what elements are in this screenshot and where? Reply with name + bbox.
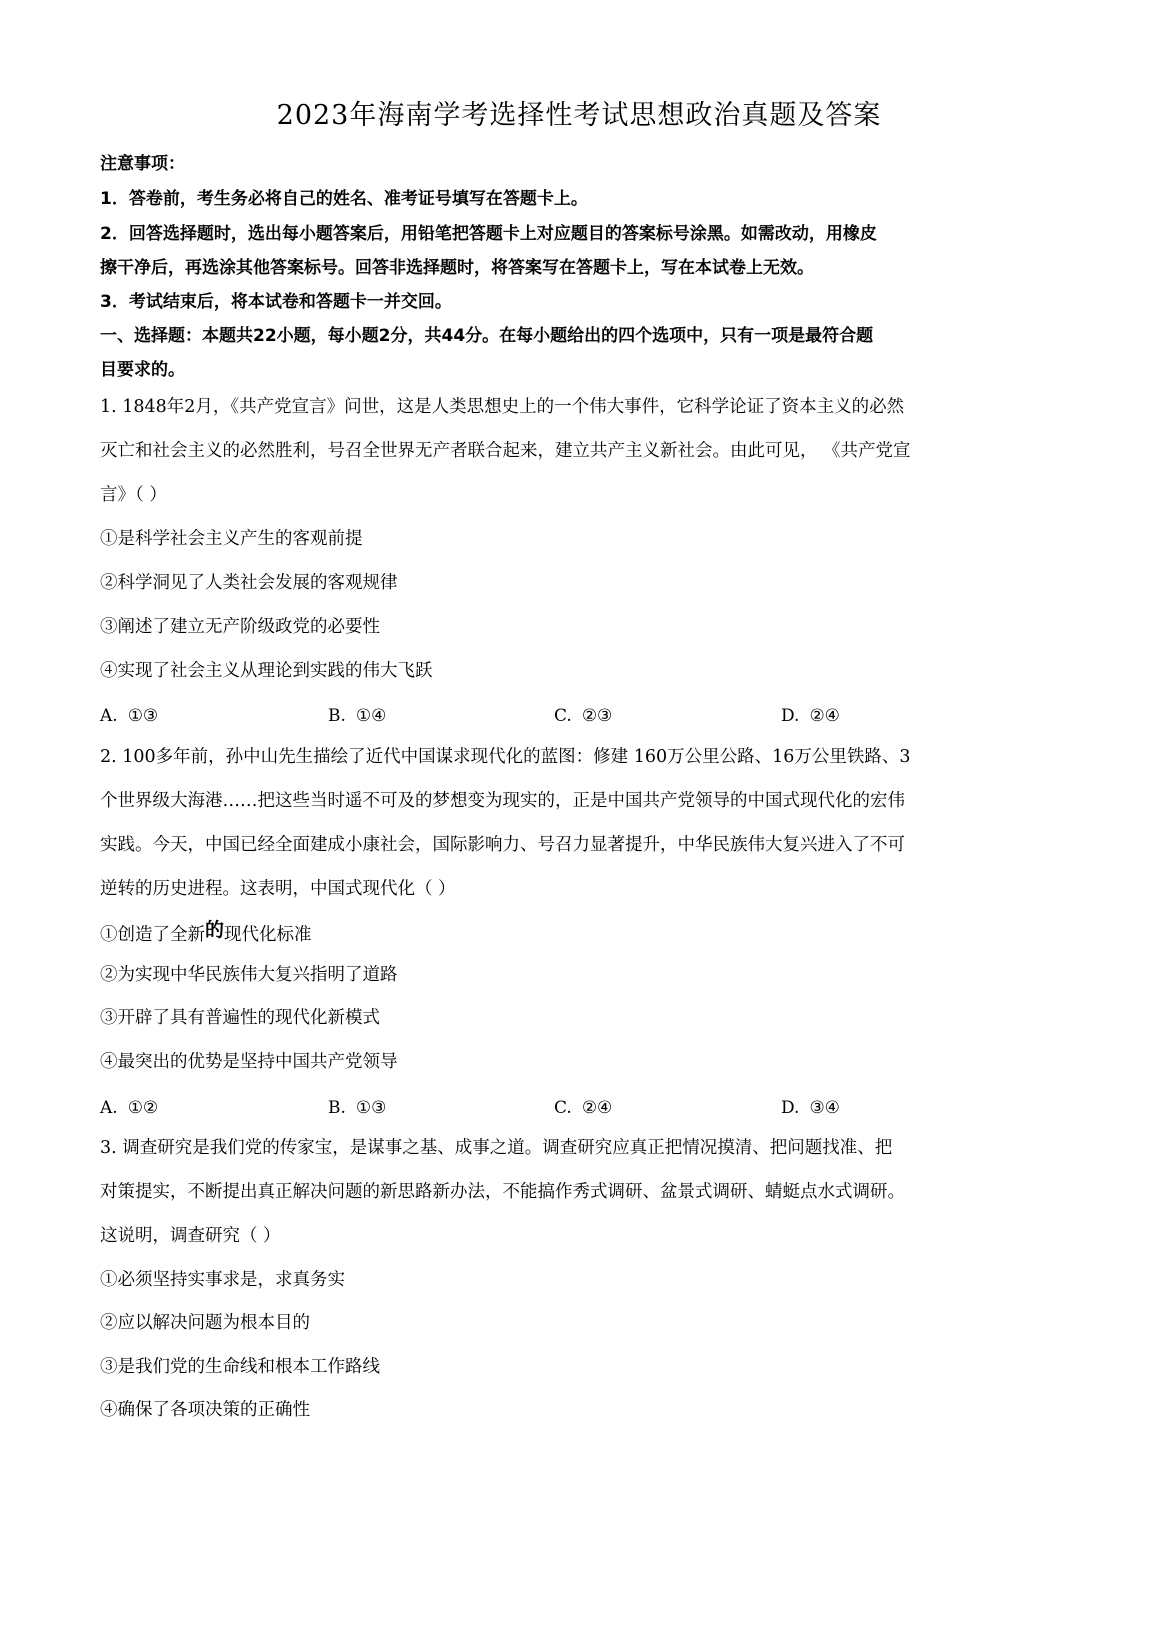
option-value: ①② xyxy=(128,1098,158,1118)
q1-statement-2: ②科学洞见了人类社会发展的客观规律 xyxy=(100,571,398,595)
q2-option-b[interactable]: B.①③ xyxy=(328,1096,386,1120)
q2-stem-line-3: 实践。今天，中国已经全面建成小康社会，国际影响力、号召力显著提升，中华民族伟大复… xyxy=(100,833,905,857)
q1-option-d[interactable]: D.②④ xyxy=(781,704,840,728)
option-letter: B. xyxy=(328,1098,346,1118)
notice-item-2-cont: 擦干净后，再选涂其他答案标号。回答非选择题时，将答案写在答题卡上，写在本试卷上无… xyxy=(100,256,814,280)
q2-statement-3: ③开辟了具有普遍性的现代化新模式 xyxy=(100,1006,380,1030)
option-letter: A. xyxy=(100,1098,118,1118)
q1-statement-1: ①是科学社会主义产生的客观前提 xyxy=(100,527,363,551)
option-letter: D. xyxy=(781,706,799,726)
option-letter: D. xyxy=(781,1098,799,1118)
option-letter: A. xyxy=(100,706,118,726)
q2-stem-line-1: 2. 100多年前，孙中山先生描绘了近代中国谋求现代化的蓝图：修建 160万公里… xyxy=(100,745,911,769)
section-heading-cont: 目要求的。 xyxy=(100,358,185,382)
q3-stem-line-3: 这说明，调查研究（ ） xyxy=(100,1224,281,1248)
notice-item-1: 1．答卷前，考生务必将自己的姓名、准考证号填写在答题卡上。 xyxy=(100,187,588,211)
q2-option-d[interactable]: D.③④ xyxy=(781,1096,840,1120)
q1-option-b[interactable]: B.①④ xyxy=(328,704,386,728)
q3-stem-line-2: 对策提实，不断提出真正解决问题的新思路新办法，不能搞作秀式调研、盆景式调研、蜻蜓… xyxy=(100,1180,905,1204)
q1-options: A.①③ B.①④ C.②③ D.②④ xyxy=(100,704,1040,728)
option-letter: C. xyxy=(554,706,572,726)
q1-stem-line-2: 灭亡和社会主义的必然胜利，号召全世界无产者联合起来，建立共产主义新社会。由此可见… xyxy=(100,439,911,463)
q1-option-a[interactable]: A.①③ xyxy=(100,704,158,728)
q1-statement-3: ③阐述了建立无产阶级政党的必要性 xyxy=(100,615,380,639)
statement-text: ①创造了全新 xyxy=(100,925,205,945)
q1-statement-4: ④实现了社会主义从理论到实践的伟大飞跃 xyxy=(100,659,433,683)
statement-emph: 的 xyxy=(205,919,224,941)
option-value: ②④ xyxy=(809,706,839,726)
q2-stem-line-4: 逆转的历史进程。这表明，中国式现代化（ ） xyxy=(100,877,456,901)
q2-options: A.①② B.①③ C.②④ D.③④ xyxy=(100,1096,1040,1120)
notice-item-2: 2．回答选择题时，选出每小题答案后，用铅笔把答题卡上对应题目的答案标号涂黑。如需… xyxy=(100,222,877,246)
q3-statement-1: ①必须坚持实事求是，求真务实 xyxy=(100,1268,345,1292)
option-value: ②④ xyxy=(582,1098,612,1118)
option-letter: C. xyxy=(554,1098,572,1118)
q2-option-c[interactable]: C.②④ xyxy=(554,1096,612,1120)
option-value: ③④ xyxy=(809,1098,839,1118)
q2-statement-1: ①创造了全新的现代化标准 xyxy=(100,922,312,947)
q3-statement-3: ③是我们党的生命线和根本工作路线 xyxy=(100,1355,380,1379)
q3-statement-4: ④确保了各项决策的正确性 xyxy=(100,1398,310,1422)
exam-page: 2023年海南学考选择性考试思想政治真题及答案 注意事项： 1．答卷前，考生务必… xyxy=(0,0,1158,1638)
option-letter: B. xyxy=(328,706,346,726)
q1-stem-line-3: 言》（ ） xyxy=(100,483,167,507)
q2-statement-2: ②为实现中华民族伟大复兴指明了道路 xyxy=(100,963,398,987)
q1-option-c[interactable]: C.②③ xyxy=(554,704,612,728)
q1-stem-line-1: 1. 1848年2月，《共产党宣言》问世，这是人类思想史上的一个伟大事件，它科学… xyxy=(100,395,904,419)
option-value: ①③ xyxy=(356,1098,386,1118)
notice-heading: 注意事项： xyxy=(100,152,185,176)
q2-option-a[interactable]: A.①② xyxy=(100,1096,158,1120)
option-value: ①④ xyxy=(356,706,386,726)
section-heading: 一、选择题：本题共22小题，每小题2分，共44分。在每小题给出的四个选项中，只有… xyxy=(100,324,873,348)
q3-stem-line-1: 3. 调查研究是我们党的传家宝，是谋事之基、成事之道。调查研究应真正把情况摸清、… xyxy=(100,1136,892,1160)
statement-tail: 现代化标准 xyxy=(224,925,312,945)
q3-statement-2: ②应以解决问题为根本目的 xyxy=(100,1311,310,1335)
q2-stem-line-2: 个世界级大海港……把这些当时遥不可及的梦想变为现实的，正是中国共产党领导的中国式… xyxy=(100,789,905,813)
notice-item-3: 3．考试结束后，将本试卷和答题卡一并交回。 xyxy=(100,290,452,314)
document-title: 2023年海南学考选择性考试思想政治真题及答案 xyxy=(0,98,1158,134)
option-value: ②③ xyxy=(582,706,612,726)
option-value: ①③ xyxy=(128,706,158,726)
q2-statement-4: ④最突出的优势是坚持中国共产党领导 xyxy=(100,1050,398,1074)
